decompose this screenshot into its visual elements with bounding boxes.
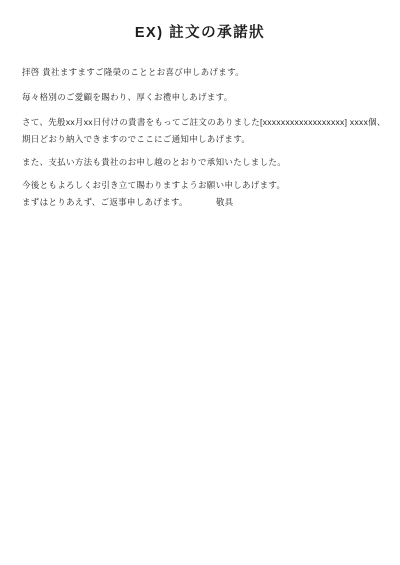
paragraph-order-reference: さて、先般xx月xx日付けの貴書をもってご註文のありました[xxxxxxxxxx…: [22, 117, 392, 128]
closing-line-text: まずはとりあえず、ご返事申しあげます。: [22, 197, 188, 207]
paragraph-payment-acknowledgement: また、支払い方法も貴社のお申し越のとおりで承知いたしました。: [22, 157, 392, 168]
document-page: EX) 註文の承諾狀 拝啓 貴社ますますご隆榮のこととお喜び申しあげます。 毎々…: [0, 0, 400, 565]
closing-salutation: 敬具: [216, 197, 234, 208]
paragraph-greeting: 拝啓 貴社ますますご隆榮のこととお喜び申しあげます。: [22, 67, 392, 78]
paragraph-delivery-notice: 期日どおり納入できますのでここにご通知申しあげます。: [22, 134, 392, 145]
paragraph-thanks: 毎々格別のご愛顧を賜わり、厚くお禮申しあげます。: [22, 92, 392, 103]
paragraph-future-request: 今後ともよろしくお引き立て賜わりますようお願い申しあげます。: [22, 180, 392, 191]
document-title: EX) 註文の承諾狀: [0, 21, 400, 42]
paragraph-closing-line: まずはとりあえず、ご返事申しあげます。敬具: [22, 197, 392, 208]
